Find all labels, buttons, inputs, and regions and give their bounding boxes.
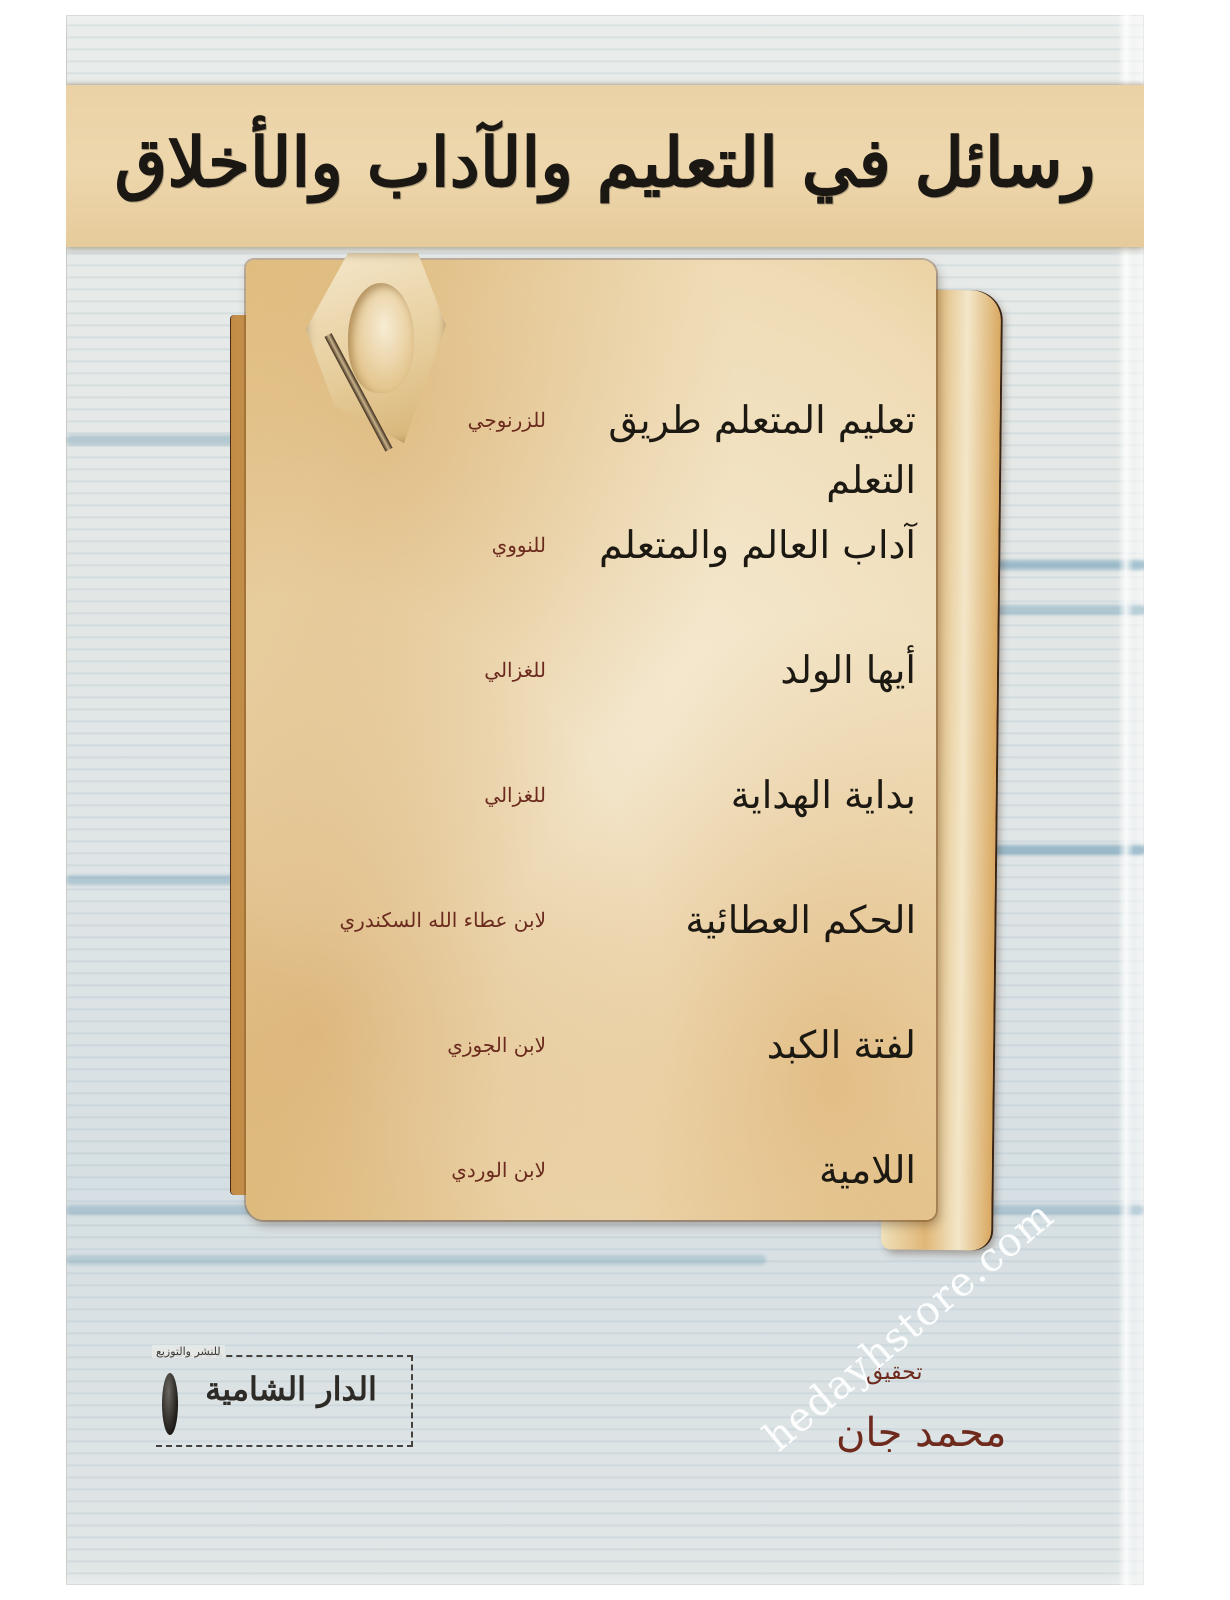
book-cover: رسائل في التعليم والآداب والأخلاق تعليم …: [66, 15, 1144, 1585]
publisher-tag: للنشر والتوزيع: [152, 1345, 225, 1358]
list-item: اللامية لابن الوردي: [316, 1140, 916, 1265]
title-band: رسائل في التعليم والآداب والأخلاق: [66, 85, 1144, 247]
work-author: لابن عطاء الله السكندري: [306, 900, 546, 940]
list-item: الحكم العطائية لابن عطاء الله السكندري: [316, 890, 916, 1015]
work-author: للغزالي: [306, 775, 546, 815]
work-title: الحكم العطائية: [596, 890, 916, 950]
work-author: للنووي: [306, 525, 546, 565]
work-author: لابن الوردي: [306, 1150, 546, 1190]
work-title: آداب العالم والمتعلم: [596, 515, 916, 575]
list-item: أيها الولد للغزالي: [316, 640, 916, 765]
work-title: بداية الهداية: [596, 765, 916, 825]
works-list: تعليم المتعلم طريق التعلم للزرنوجي آداب …: [316, 390, 916, 1265]
ear-inner-icon: [348, 283, 414, 393]
work-author: للزرنوجي: [306, 400, 546, 440]
list-item: لفتة الكبد لابن الجوزي: [316, 1015, 916, 1140]
list-item: تعليم المتعلم طريق التعلم للزرنوجي: [316, 390, 916, 515]
work-title: أيها الولد: [596, 640, 916, 700]
work-title: اللامية: [596, 1140, 916, 1200]
work-title: لفتة الكبد: [596, 1015, 916, 1075]
publisher-name: الدار الشامية: [176, 1370, 406, 1408]
editor-name: محمد جان: [836, 1410, 1006, 1456]
work-author: لابن الجوزي: [306, 1025, 546, 1065]
spine-highlight: [1118, 15, 1134, 1585]
book-title: رسائل في التعليم والآداب والأخلاق: [66, 103, 1144, 223]
work-author: للغزالي: [306, 650, 546, 690]
work-title: تعليم المتعلم طريق التعلم: [596, 390, 916, 510]
list-item: بداية الهداية للغزالي: [316, 765, 916, 890]
list-item: آداب العالم والمتعلم للنووي: [316, 515, 916, 640]
